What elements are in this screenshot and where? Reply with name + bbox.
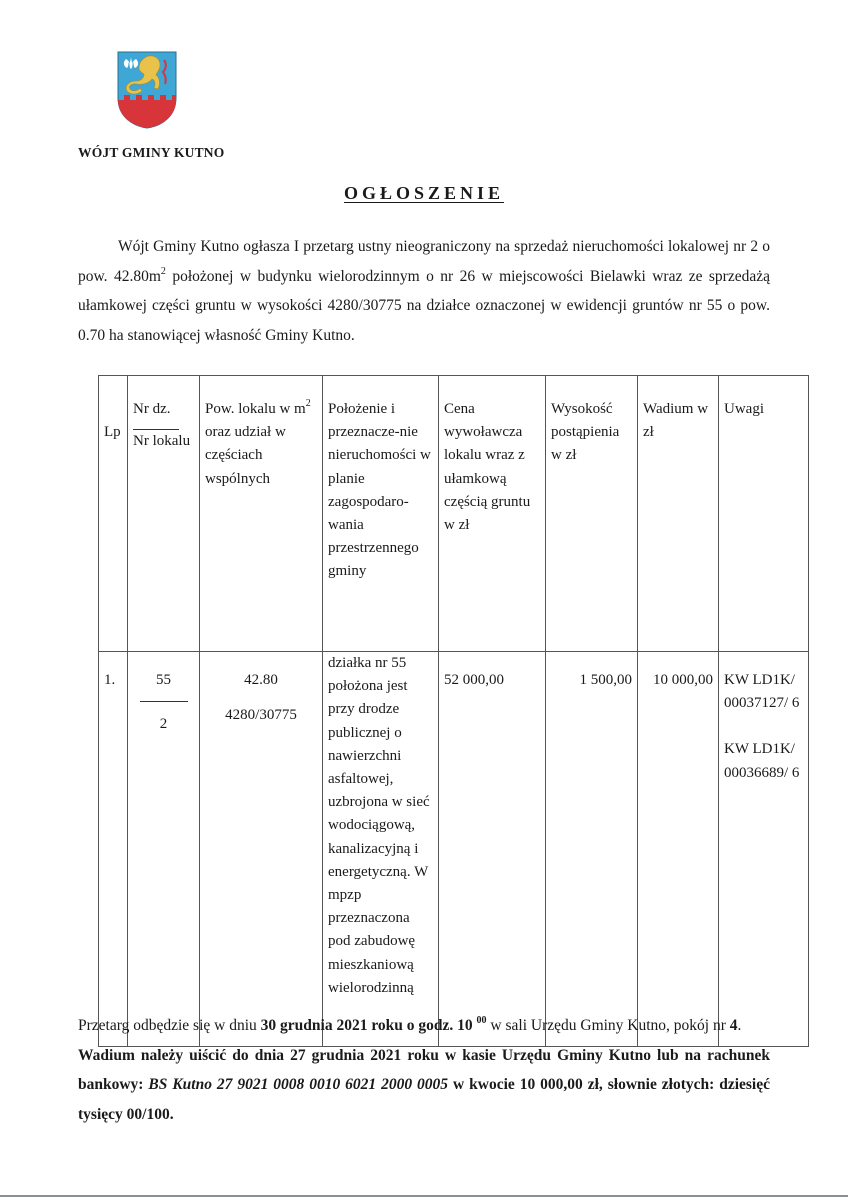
land-register-1: KW LD1K/ 00037127/ 6 — [724, 669, 803, 715]
fraction-divider — [140, 701, 188, 702]
document-title: OGŁOSZENIE — [0, 183, 848, 204]
fraction-divider — [133, 429, 179, 430]
cell-uwagi: KW LD1K/ 00037127/ 6 KW LD1K/ 00036689/ … — [719, 652, 809, 1047]
bank-account: BS Kutno 27 9021 0008 0010 6021 2000 000… — [148, 1076, 448, 1093]
property-table: Lp Nr dz. Nr lokalu Pow. lokalu w m2oraz… — [98, 375, 809, 1047]
cell-wadium: 10 000,00 — [638, 652, 719, 1047]
page-edge-rule — [0, 1195, 848, 1197]
header-wadium: Wadium w zł — [638, 376, 719, 652]
cell-polozenie: działka nr 55 położona jest przy drodze … — [323, 652, 439, 1047]
land-register-2: KW LD1K/ 00036689/ 6 — [724, 738, 803, 784]
intro-paragraph: Wójt Gminy Kutno ogłasza I przetarg ustn… — [78, 232, 770, 350]
table-row: 1. 55 2 42.80 4280/30775 działka nr 55 p… — [99, 652, 809, 1047]
header-wysokosc: Wysokość postąpienia w zł — [546, 376, 638, 652]
deposit-paragraph: Wadium należy uiścić do dnia 27 grudnia … — [78, 1041, 770, 1130]
header-uwagi: Uwagi — [719, 376, 809, 652]
header-cena: Cena wywoławcza lokalu wraz z ułamkową c… — [439, 376, 546, 652]
cell-pow: 42.80 4280/30775 — [200, 652, 323, 1047]
header-nr-dz: Nr dz. Nr lokalu — [128, 376, 200, 652]
header-pow: Pow. lokalu w m2oraz udział w częściach … — [200, 376, 323, 652]
table-header-row: Lp Nr dz. Nr lokalu Pow. lokalu w m2oraz… — [99, 376, 809, 652]
header-lp: Lp — [99, 376, 128, 652]
coat-of-arms-icon — [116, 50, 178, 130]
cell-wysokosc: 1 500,00 — [546, 652, 638, 1047]
cell-cena: 52 000,00 — [439, 652, 546, 1047]
footer-text: Przetarg odbędzie się w dniu 30 grudnia … — [78, 1011, 770, 1129]
header-polozenie: Położenie i przeznacze-nie nieruchomości… — [323, 376, 439, 652]
cell-nr-dz: 55 2 — [128, 652, 200, 1047]
cell-lp: 1. — [99, 652, 128, 1047]
issuer-heading: WÓJT GMINY KUTNO — [78, 145, 224, 161]
auction-date-paragraph: Przetarg odbędzie się w dniu 30 grudnia … — [78, 1011, 770, 1041]
